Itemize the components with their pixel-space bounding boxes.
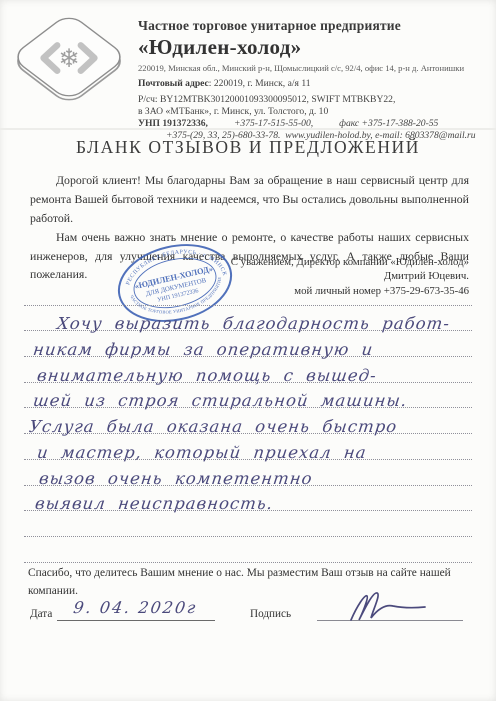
company-type: Частное торговое унитарное предприятие [138, 18, 476, 34]
ruled-line: вызов очень компетентно [24, 460, 472, 486]
letterhead: ❄ Частное торговое унитарное предприятие… [10, 10, 490, 141]
header-divider [0, 128, 496, 130]
snowflake-glyph: ❄ [58, 44, 79, 73]
ruled-line [24, 280, 472, 306]
ruled-line: выявил неисправность. [24, 486, 472, 512]
ruled-line: Хочу выразить благодарность работ- [24, 306, 472, 332]
bank-account-line: Р/сч: BY12MTBK30120001093300095012, SWIF… [138, 94, 476, 106]
ruled-line: и мастер, который приехал на [24, 434, 472, 460]
date-field: 9. 04. 2020г [57, 592, 215, 621]
diamond-snowflake-icon: ❄ [10, 10, 128, 108]
review-writing-area: Хочу выразить благодарность работ- никам… [24, 280, 472, 563]
intro-paragraph-1: Дорогой клиент! Мы благодарны Вам за обр… [30, 171, 469, 228]
company-address: 220019, Минская обл., Минский р-н, Щомыс… [138, 63, 476, 73]
ruled-line [24, 511, 472, 537]
handwritten-date: 9. 04. 2020г [72, 592, 199, 617]
ruled-line: Услуга была оказана очень быстро [24, 408, 472, 434]
ruled-line: внимательную помощь с вышед- [24, 357, 472, 383]
signature-scribble-icon [345, 590, 435, 624]
form-title: БЛАНК ОТЗЫВОВ И ПРЕДЛОЖЕНИЙ [0, 137, 496, 158]
postal-label: Почтовый адрес [138, 78, 209, 89]
postal-address: Почтовый адрес: 220019, г. Минск, а/я 11 [138, 78, 476, 89]
feedback-form-page: ❄ Частное торговое унитарное предприятие… [0, 0, 496, 701]
signoff-line-1: С уважением, Директор компании «Юдилен-х… [231, 255, 469, 269]
ruled-line: шей из строя стиральной машины. [24, 383, 472, 409]
ruled-line [24, 537, 472, 563]
letterhead-text: Частное торговое унитарное предприятие «… [138, 10, 476, 141]
bank-name-line: в ЗАО «МТБанк», г. Минск, ул. Толстого, … [138, 106, 476, 118]
bank-details: Р/сч: BY12MTBK30120001093300095012, SWIF… [138, 94, 476, 117]
postal-value: : 220019, г. Минск, а/я 11 [209, 78, 311, 89]
date-label: Дата [30, 608, 52, 620]
ruled-line: никам фирмы за оперативную и [24, 331, 472, 357]
signature-label: Подпись [250, 608, 291, 620]
company-logo: ❄ [10, 10, 128, 108]
company-name: «Юдилен-холод» [138, 35, 476, 60]
date-signature-row: Дата 9. 04. 2020г Подпись [30, 598, 466, 640]
signature-field [317, 592, 463, 621]
